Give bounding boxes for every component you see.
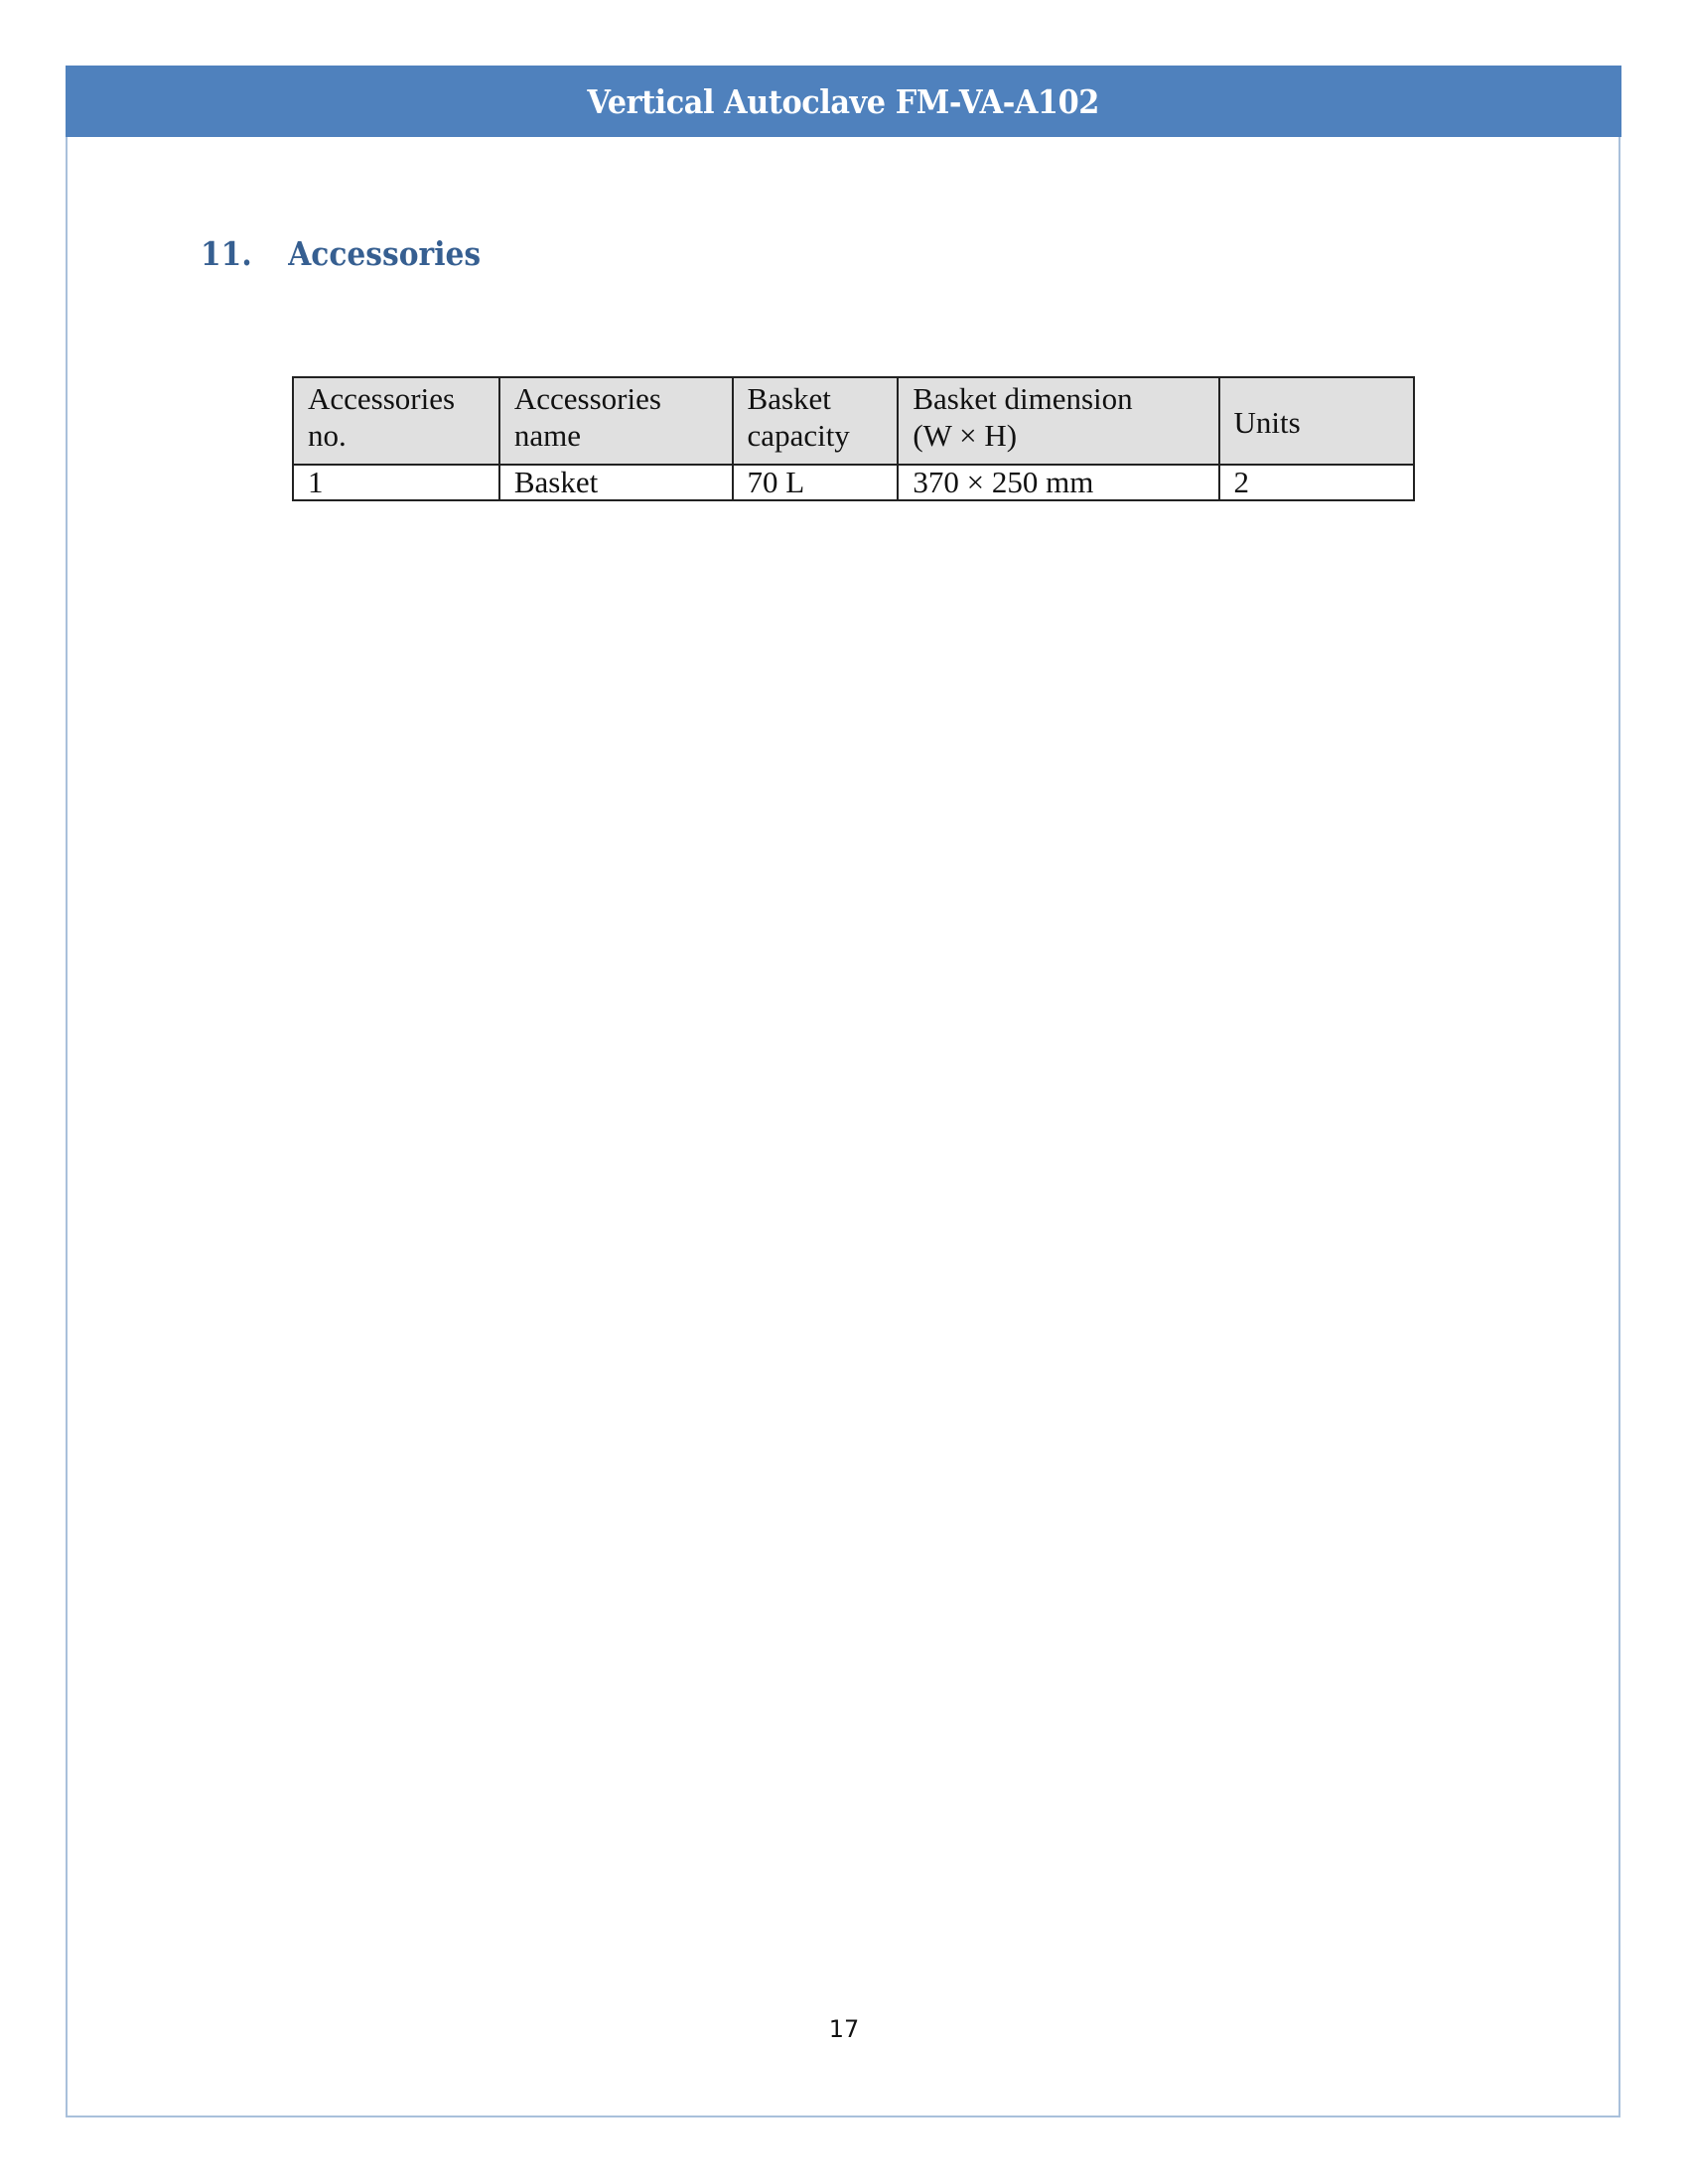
- page-number: 17: [0, 2015, 1688, 2043]
- section-heading: 11.Accessories: [201, 234, 481, 273]
- column-header-units: Units: [1219, 377, 1415, 465]
- page-border: [66, 66, 1620, 2117]
- section-title: Accessories: [288, 234, 481, 273]
- cell-basket-dimension: 370 × 250 mm: [898, 465, 1218, 500]
- column-header-basket-capacity: Basketcapacity: [733, 377, 899, 465]
- cell-accessories-name: Basket: [499, 465, 733, 500]
- table-header-row: Accessoriesno. Accessoriesname Basketcap…: [293, 377, 1414, 465]
- document-title: Vertical Autoclave FM-VA-A102: [588, 82, 1100, 121]
- column-header-accessories-no: Accessoriesno.: [293, 377, 499, 465]
- column-header-accessories-name: Accessoriesname: [499, 377, 733, 465]
- cell-basket-capacity: 70 L: [733, 465, 899, 500]
- accessories-table: Accessoriesno. Accessoriesname Basketcap…: [292, 376, 1415, 501]
- header-banner: Vertical Autoclave FM-VA-A102: [66, 66, 1621, 137]
- table-row: 1 Basket 70 L 370 × 250 mm 2: [293, 465, 1414, 500]
- section-number: 11.: [201, 234, 288, 273]
- cell-accessories-no: 1: [293, 465, 499, 500]
- cell-units: 2: [1219, 465, 1415, 500]
- column-header-basket-dimension: Basket dimension(W × H): [898, 377, 1218, 465]
